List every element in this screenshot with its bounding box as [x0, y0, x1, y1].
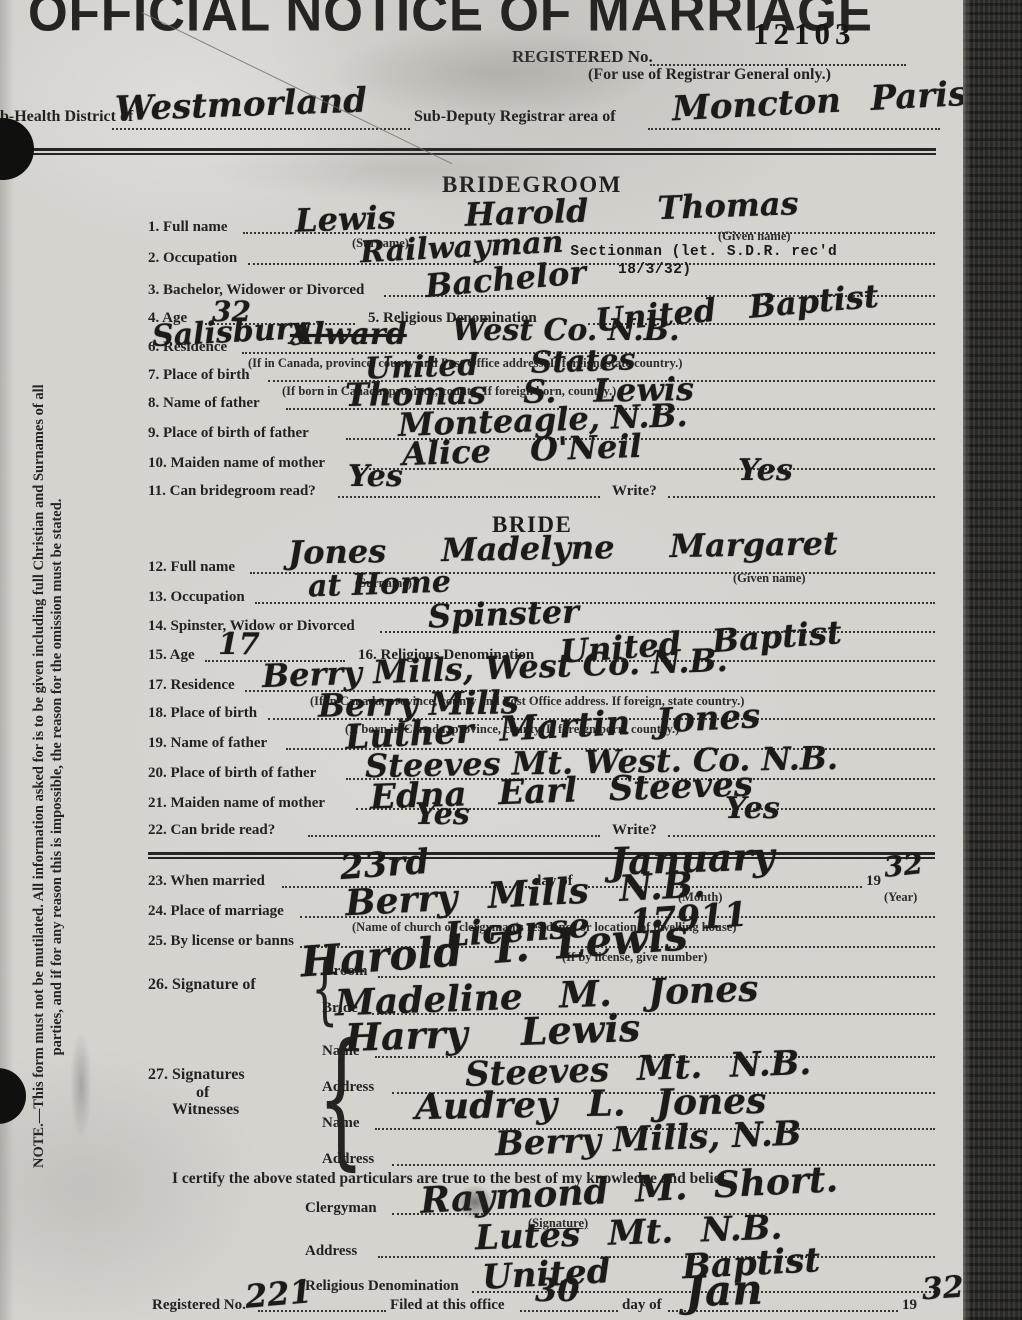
field22-label: 22. Can bride read? [148, 822, 275, 839]
side-note-line2: parties, and if for any reason this is i… [48, 386, 66, 1168]
form-title: OFFICIAL NOTICE OF MARRIAGE [28, 0, 868, 43]
field27-label-line2: of [196, 1084, 209, 1102]
field22-write-value: Yes [725, 794, 780, 824]
field6-value-struck: Alward [290, 320, 407, 350]
hole-punch-bottom [0, 1068, 26, 1124]
field27-label-line3: Witnesses [172, 1101, 239, 1119]
witness1-address-label: Address [322, 1079, 374, 1096]
field11-line [338, 496, 600, 498]
cert-religion-label: Religious Denomination [305, 1278, 459, 1295]
field19-label: 19. Name of father [148, 735, 267, 752]
witness2-address-line [392, 1164, 935, 1166]
sub-deputy-label: Sub-Deputy Registrar area of [414, 108, 616, 126]
field15-value: 17 [218, 630, 260, 660]
field2-label: 2. Occupation [148, 250, 237, 267]
field20-label: 20. Place of birth of father [148, 765, 316, 782]
clergyman-label: Clergyman [305, 1200, 377, 1217]
filing-filed-label: Filed at this office [390, 1297, 505, 1314]
field2-typed-note1: - Sectionman (let. S.D.R. rec'd [552, 244, 837, 260]
filing-filed-line [520, 1310, 618, 1312]
filing-year-prefix: 19 [902, 1297, 917, 1314]
section-divider [148, 852, 935, 859]
field23-year-value: 32 [883, 850, 925, 882]
filing-dayof-label: day of [622, 1297, 662, 1314]
field18-label: 18. Place of birth [148, 705, 257, 722]
field10-value: Alice O'Neil [402, 430, 643, 470]
health-district-line [112, 128, 410, 130]
field9-label: 9. Place of birth of father [148, 425, 309, 442]
field3-label: 3. Bachelor, Widower or Divorced [148, 282, 364, 299]
field11-write-label: Write? [612, 483, 657, 500]
clergyman-address-label: Address [305, 1243, 357, 1260]
field12-value: Jones Madelyne Margaret [288, 527, 838, 569]
registered-number-stamp: 12103 [753, 16, 856, 52]
filing-registered-label: Registered No. [152, 1297, 246, 1314]
field11-write-value: Yes [738, 456, 793, 486]
witness2-name-label: Name [322, 1115, 360, 1132]
filing-month-value: Jan [684, 1269, 763, 1314]
field23-year-hint: (Year) [884, 890, 917, 905]
field1-label: 1. Full name [148, 219, 228, 236]
field22-value: Yes [415, 800, 470, 830]
field11-value: Yes [348, 462, 403, 492]
registered-no-label: REGISTERED No. [512, 47, 653, 67]
field15-label: 15. Age [148, 647, 195, 664]
field6-value-part1: Salisbury [151, 314, 309, 352]
field11-write-line [668, 496, 935, 498]
field24-label: 24. Place of marriage [148, 903, 284, 920]
field11-label: 11. Can bridegroom read? [148, 483, 316, 500]
hole-punch-top [0, 118, 34, 180]
field22-line [308, 835, 600, 837]
field2-typed-note2: 18/3/32) [618, 262, 692, 278]
field17-label: 17. Residence [148, 677, 235, 694]
filing-filed-value: 30 [535, 1274, 580, 1306]
field2-line [248, 263, 935, 265]
field12-given-hint: (Given name) [733, 571, 806, 586]
marriage-notice-scan: OFFICIAL NOTICE OF MARRIAGE 12103 REGIST… [0, 0, 1022, 1320]
field25-label: 25. By license or banns [148, 933, 294, 950]
field6-value-part2: West Co. N.B. [452, 316, 680, 346]
filing-year-value: 32 [921, 1273, 965, 1306]
witness2-address: Berry Mills, N.B [495, 1117, 802, 1162]
witness2-address-label: Address [322, 1151, 374, 1168]
field10-label: 10. Maiden name of mother [148, 455, 325, 472]
filing-registered-value: 221 [244, 1275, 313, 1313]
field12-label: 12. Full name [148, 559, 235, 576]
field14-value: Spinster [427, 595, 579, 632]
scan-streak [70, 1030, 92, 1140]
side-note-line1: NOTE.—This form must not be mutilated. A… [30, 386, 48, 1168]
field27-label-line1: 27. Signatures [148, 1066, 245, 1084]
field23-year-prefix: 19 [866, 873, 881, 890]
field23-label: 23. When married [148, 873, 265, 890]
scan-dark-edge [963, 0, 1022, 1320]
header-divider [28, 148, 936, 155]
field1-given-hint: (Given name) [718, 229, 791, 244]
field26-label: 26. Signature of [148, 976, 256, 994]
registrar-general-note: (For use of Registrar General only.) [588, 66, 831, 84]
side-note: NOTE.—This form must not be mutilated. A… [30, 386, 66, 1168]
field7-label: 7. Place of birth [148, 367, 250, 384]
field13-label: 13. Occupation [148, 589, 245, 606]
field8-label: 8. Name of father [148, 395, 260, 412]
field21-label: 21. Maiden name of mother [148, 795, 325, 812]
